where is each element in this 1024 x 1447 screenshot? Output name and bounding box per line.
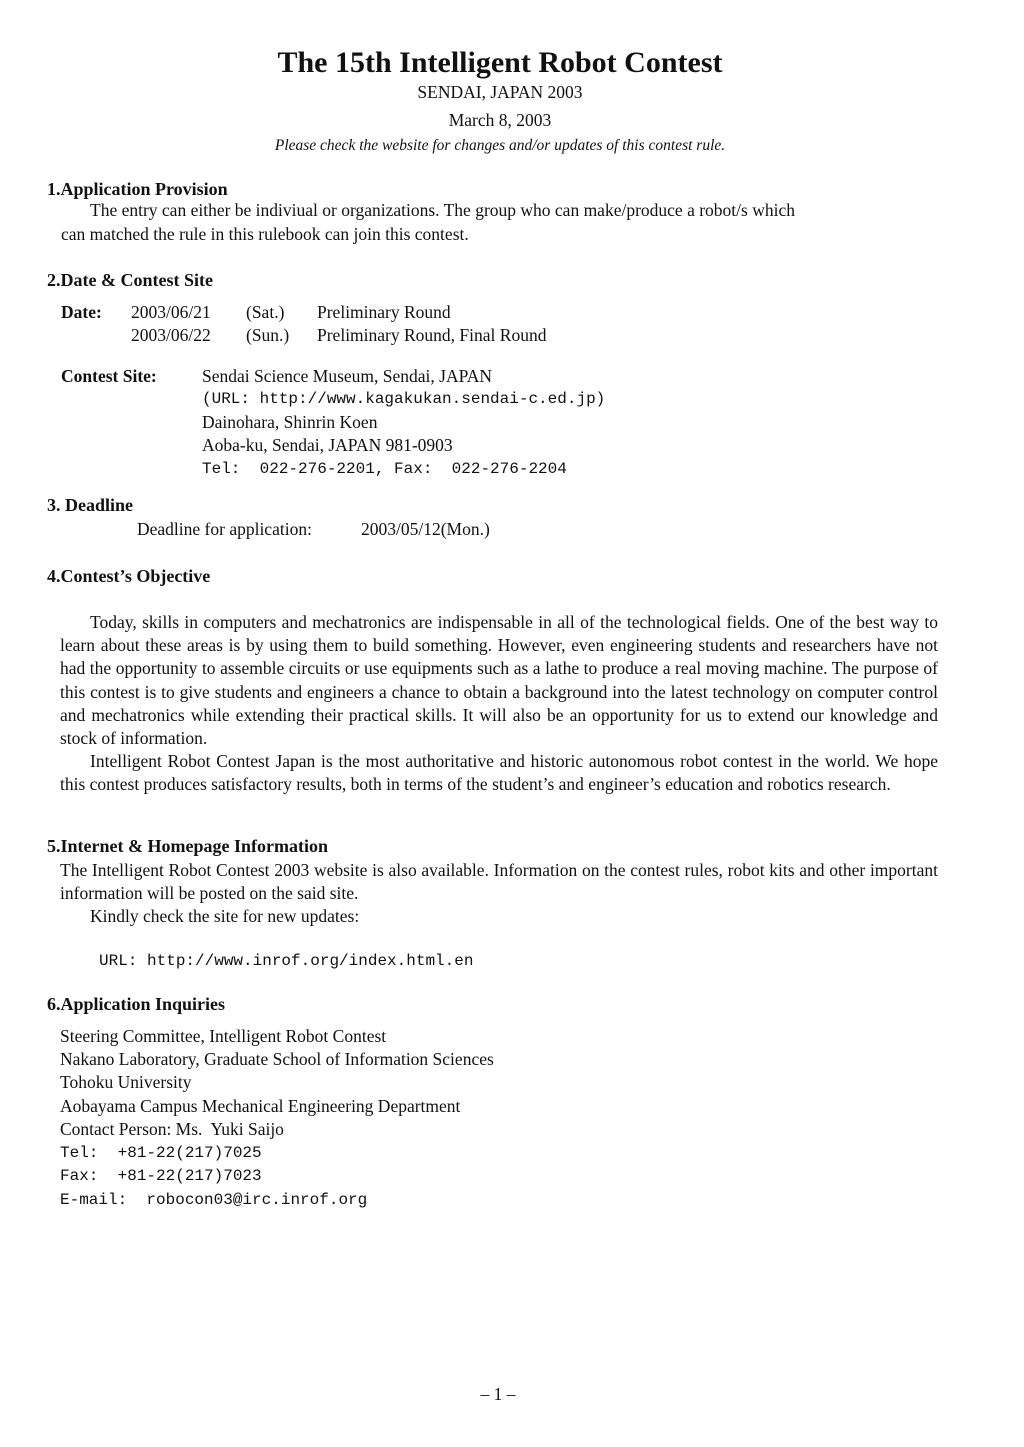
- deadline-label: Deadline for application:: [137, 519, 312, 540]
- date-2: 2003/06/22: [131, 325, 211, 346]
- inquiry-line-3: Tohoku University: [60, 1072, 191, 1093]
- objective-paragraph-1: Today, skills in computers and mechatron…: [60, 611, 938, 750]
- section-1-line-1: The entry can either be indiviual or org…: [90, 200, 795, 221]
- date-label: Date:: [61, 302, 102, 323]
- date-1: 2003/06/21: [131, 302, 211, 323]
- homepage-url[interactable]: URL: http://www.inrof.org/index.html.en: [99, 952, 473, 970]
- internet-paragraph-2: Kindly check the site for new updates:: [60, 905, 938, 928]
- date-1-event: Preliminary Round: [317, 302, 451, 323]
- contact-email[interactable]: E-mail: robocon03@irc.inrof.org: [60, 1191, 367, 1209]
- internet-body: The Intelligent Robot Contest 2003 websi…: [60, 859, 938, 929]
- site-phone: Tel: 022-276-2201, Fax: 022-276-2204: [202, 460, 567, 478]
- objective-body: Today, skills in computers and mechatron…: [60, 611, 938, 797]
- contact-tel: Tel: +81-22(217)7025: [60, 1144, 262, 1162]
- inquiry-line-2: Nakano Laboratory, Graduate School of In…: [60, 1049, 494, 1070]
- inquiry-line-4: Aobayama Campus Mechanical Engineering D…: [60, 1096, 460, 1117]
- section-6-heading: 6.Application Inquiries: [47, 994, 225, 1015]
- contact-person: Contact Person: Ms. Yuki Saijo: [60, 1119, 284, 1140]
- objective-paragraph-2: Intelligent Robot Contest Japan is the m…: [60, 750, 938, 796]
- site-name: Sendai Science Museum, Sendai, JAPAN: [202, 366, 492, 387]
- document-title: The 15th Intelligent Robot Contest: [0, 46, 1000, 80]
- date-2-event: Preliminary Round, Final Round: [317, 325, 546, 346]
- site-address-1: Dainohara, Shinrin Koen: [202, 412, 377, 433]
- section-5-heading: 5.Internet & Homepage Information: [47, 836, 328, 857]
- section-4-heading: 4.Contest’s Objective: [47, 566, 210, 587]
- document-date: March 8, 2003: [0, 110, 1000, 131]
- section-1-heading: 1.Application Provision: [47, 179, 228, 200]
- internet-paragraph-1: The Intelligent Robot Contest 2003 websi…: [60, 859, 938, 905]
- section-3-heading: 3. Deadline: [47, 495, 133, 516]
- date-1-day: (Sat.): [246, 302, 284, 323]
- update-note: Please check the website for changes and…: [0, 137, 1000, 155]
- contest-site-label: Contest Site:: [61, 366, 157, 387]
- section-2-heading: 2.Date & Contest Site: [47, 270, 213, 291]
- site-url[interactable]: (URL: http://www.kagakukan.sendai-c.ed.j…: [202, 390, 605, 408]
- page-number: – 1 –: [0, 1384, 996, 1405]
- site-address-2: Aoba-ku, Sendai, JAPAN 981-0903: [202, 435, 453, 456]
- document-subtitle: SENDAI, JAPAN 2003: [0, 82, 1000, 103]
- date-2-day: (Sun.): [246, 325, 289, 346]
- inquiry-line-1: Steering Committee, Intelligent Robot Co…: [60, 1026, 386, 1047]
- contact-fax: Fax: +81-22(217)7023: [60, 1167, 262, 1185]
- deadline-value: 2003/05/12(Mon.): [361, 519, 490, 540]
- section-1-line-2: can matched the rule in this rulebook ca…: [61, 224, 469, 245]
